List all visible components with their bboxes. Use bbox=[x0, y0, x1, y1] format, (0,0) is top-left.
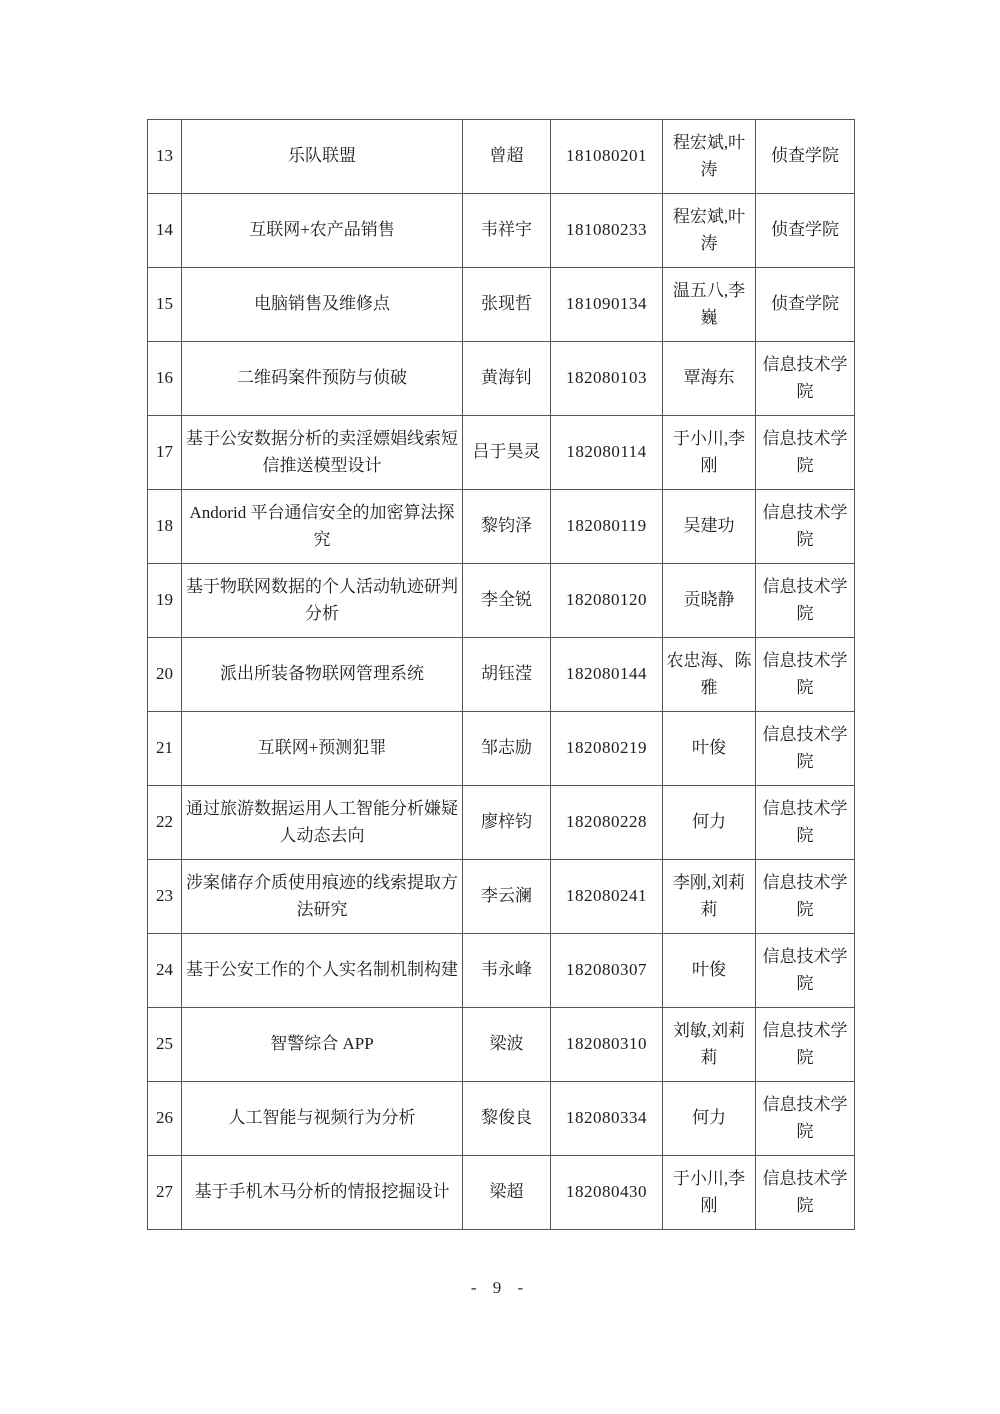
cell-no: 13 bbox=[148, 120, 182, 194]
cell-advisors: 叶俊 bbox=[663, 934, 756, 1008]
cell-title: 通过旅游数据运用人工智能分析嫌疑人动态去向 bbox=[182, 786, 463, 860]
cell-advisors: 农忠海、陈雅 bbox=[663, 638, 756, 712]
table-row: 13乐队联盟曾超181080201程宏斌,叶涛侦查学院 bbox=[148, 120, 855, 194]
cell-advisors: 覃海东 bbox=[663, 342, 756, 416]
table-row: 26人工智能与视频行为分析黎俊良182080334何力信息技术学院 bbox=[148, 1082, 855, 1156]
cell-student_id: 182080430 bbox=[551, 1156, 663, 1230]
cell-college: 侦查学院 bbox=[756, 120, 855, 194]
cell-title: 互联网+预测犯罪 bbox=[182, 712, 463, 786]
cell-student_id: 182080228 bbox=[551, 786, 663, 860]
table-row: 17基于公安数据分析的卖淫嫖娼线索短信推送模型设计吕于昊灵182080114于小… bbox=[148, 416, 855, 490]
cell-name: 邹志励 bbox=[463, 712, 551, 786]
cell-name: 梁超 bbox=[463, 1156, 551, 1230]
table-row: 25智警综合 APP梁波182080310刘敏,刘莉莉信息技术学院 bbox=[148, 1008, 855, 1082]
cell-student_id: 182080119 bbox=[551, 490, 663, 564]
table-row: 16二维码案件预防与侦破黄海钊182080103覃海东信息技术学院 bbox=[148, 342, 855, 416]
cell-title: 基于公安数据分析的卖淫嫖娼线索短信推送模型设计 bbox=[182, 416, 463, 490]
cell-advisors: 何力 bbox=[663, 786, 756, 860]
projects-table: 13乐队联盟曾超181080201程宏斌,叶涛侦查学院14互联网+农产品销售韦祥… bbox=[147, 119, 855, 1230]
cell-name: 李云澜 bbox=[463, 860, 551, 934]
cell-title: 基于公安工作的个人实名制机制构建 bbox=[182, 934, 463, 1008]
cell-college: 信息技术学院 bbox=[756, 638, 855, 712]
cell-title: 人工智能与视频行为分析 bbox=[182, 1082, 463, 1156]
cell-advisors: 于小川,李刚 bbox=[663, 416, 756, 490]
table-row: 20派出所装备物联网管理系统胡钰滢182080144农忠海、陈雅信息技术学院 bbox=[148, 638, 855, 712]
cell-student_id: 182080114 bbox=[551, 416, 663, 490]
table-row: 22通过旅游数据运用人工智能分析嫌疑人动态去向廖梓钧182080228何力信息技… bbox=[148, 786, 855, 860]
cell-title: 乐队联盟 bbox=[182, 120, 463, 194]
cell-no: 27 bbox=[148, 1156, 182, 1230]
table-row: 27基于手机木马分析的情报挖掘设计梁超182080430于小川,李刚信息技术学院 bbox=[148, 1156, 855, 1230]
cell-student_id: 182080219 bbox=[551, 712, 663, 786]
cell-student_id: 181080233 bbox=[551, 194, 663, 268]
table-row: 23涉案储存介质使用痕迹的线索提取方法研究李云澜182080241李刚,刘莉莉信… bbox=[148, 860, 855, 934]
table-row: 14互联网+农产品销售韦祥宇181080233程宏斌,叶涛侦查学院 bbox=[148, 194, 855, 268]
cell-title: 互联网+农产品销售 bbox=[182, 194, 463, 268]
table-row: 19基于物联网数据的个人活动轨迹研判分析李全锐182080120贡晓静信息技术学… bbox=[148, 564, 855, 638]
cell-no: 16 bbox=[148, 342, 182, 416]
cell-advisors: 刘敏,刘莉莉 bbox=[663, 1008, 756, 1082]
cell-student_id: 182080334 bbox=[551, 1082, 663, 1156]
cell-college: 信息技术学院 bbox=[756, 934, 855, 1008]
cell-name: 梁波 bbox=[463, 1008, 551, 1082]
cell-college: 信息技术学院 bbox=[756, 1156, 855, 1230]
cell-no: 15 bbox=[148, 268, 182, 342]
cell-no: 19 bbox=[148, 564, 182, 638]
cell-advisors: 温五八,李巍 bbox=[663, 268, 756, 342]
cell-advisors: 何力 bbox=[663, 1082, 756, 1156]
cell-no: 26 bbox=[148, 1082, 182, 1156]
page-number: - 9 - bbox=[0, 1278, 1000, 1298]
cell-name: 张现哲 bbox=[463, 268, 551, 342]
cell-student_id: 182080241 bbox=[551, 860, 663, 934]
cell-advisors: 程宏斌,叶涛 bbox=[663, 194, 756, 268]
cell-student_id: 181080201 bbox=[551, 120, 663, 194]
document-page: 13乐队联盟曾超181080201程宏斌,叶涛侦查学院14互联网+农产品销售韦祥… bbox=[0, 0, 1000, 1414]
cell-college: 信息技术学院 bbox=[756, 1008, 855, 1082]
cell-title: 涉案储存介质使用痕迹的线索提取方法研究 bbox=[182, 860, 463, 934]
cell-name: 廖梓钧 bbox=[463, 786, 551, 860]
cell-name: 黄海钊 bbox=[463, 342, 551, 416]
cell-no: 22 bbox=[148, 786, 182, 860]
table-row: 21互联网+预测犯罪邹志励182080219叶俊信息技术学院 bbox=[148, 712, 855, 786]
cell-title: 基于手机木马分析的情报挖掘设计 bbox=[182, 1156, 463, 1230]
cell-advisors: 叶俊 bbox=[663, 712, 756, 786]
cell-name: 黎钧泽 bbox=[463, 490, 551, 564]
cell-no: 25 bbox=[148, 1008, 182, 1082]
cell-no: 24 bbox=[148, 934, 182, 1008]
cell-no: 17 bbox=[148, 416, 182, 490]
cell-college: 信息技术学院 bbox=[756, 786, 855, 860]
cell-title: 基于物联网数据的个人活动轨迹研判分析 bbox=[182, 564, 463, 638]
cell-college: 侦查学院 bbox=[756, 194, 855, 268]
cell-no: 20 bbox=[148, 638, 182, 712]
cell-name: 胡钰滢 bbox=[463, 638, 551, 712]
table-row: 24基于公安工作的个人实名制机制构建韦永峰182080307叶俊信息技术学院 bbox=[148, 934, 855, 1008]
cell-college: 信息技术学院 bbox=[756, 1082, 855, 1156]
cell-title: 派出所装备物联网管理系统 bbox=[182, 638, 463, 712]
cell-student_id: 182080144 bbox=[551, 638, 663, 712]
cell-student_id: 181090134 bbox=[551, 268, 663, 342]
cell-no: 18 bbox=[148, 490, 182, 564]
cell-college: 信息技术学院 bbox=[756, 860, 855, 934]
cell-student_id: 182080120 bbox=[551, 564, 663, 638]
cell-student_id: 182080307 bbox=[551, 934, 663, 1008]
cell-college: 侦查学院 bbox=[756, 268, 855, 342]
cell-college: 信息技术学院 bbox=[756, 490, 855, 564]
table-row: 15电脑销售及维修点张现哲181090134温五八,李巍侦查学院 bbox=[148, 268, 855, 342]
cell-name: 韦永峰 bbox=[463, 934, 551, 1008]
cell-name: 吕于昊灵 bbox=[463, 416, 551, 490]
cell-name: 曾超 bbox=[463, 120, 551, 194]
cell-advisors: 贡晓静 bbox=[663, 564, 756, 638]
cell-title: Andorid 平台通信安全的加密算法探究 bbox=[182, 490, 463, 564]
cell-student_id: 182080103 bbox=[551, 342, 663, 416]
cell-title: 电脑销售及维修点 bbox=[182, 268, 463, 342]
cell-advisors: 李刚,刘莉莉 bbox=[663, 860, 756, 934]
cell-no: 14 bbox=[148, 194, 182, 268]
cell-advisors: 于小川,李刚 bbox=[663, 1156, 756, 1230]
cell-title: 二维码案件预防与侦破 bbox=[182, 342, 463, 416]
cell-advisors: 吴建功 bbox=[663, 490, 756, 564]
cell-advisors: 程宏斌,叶涛 bbox=[663, 120, 756, 194]
cell-college: 信息技术学院 bbox=[756, 342, 855, 416]
cell-college: 信息技术学院 bbox=[756, 564, 855, 638]
cell-college: 信息技术学院 bbox=[756, 416, 855, 490]
cell-name: 韦祥宇 bbox=[463, 194, 551, 268]
cell-college: 信息技术学院 bbox=[756, 712, 855, 786]
cell-name: 李全锐 bbox=[463, 564, 551, 638]
cell-title: 智警综合 APP bbox=[182, 1008, 463, 1082]
cell-no: 21 bbox=[148, 712, 182, 786]
cell-student_id: 182080310 bbox=[551, 1008, 663, 1082]
projects-table-body: 13乐队联盟曾超181080201程宏斌,叶涛侦查学院14互联网+农产品销售韦祥… bbox=[148, 120, 855, 1230]
table-row: 18Andorid 平台通信安全的加密算法探究黎钧泽182080119吴建功信息… bbox=[148, 490, 855, 564]
cell-no: 23 bbox=[148, 860, 182, 934]
cell-name: 黎俊良 bbox=[463, 1082, 551, 1156]
